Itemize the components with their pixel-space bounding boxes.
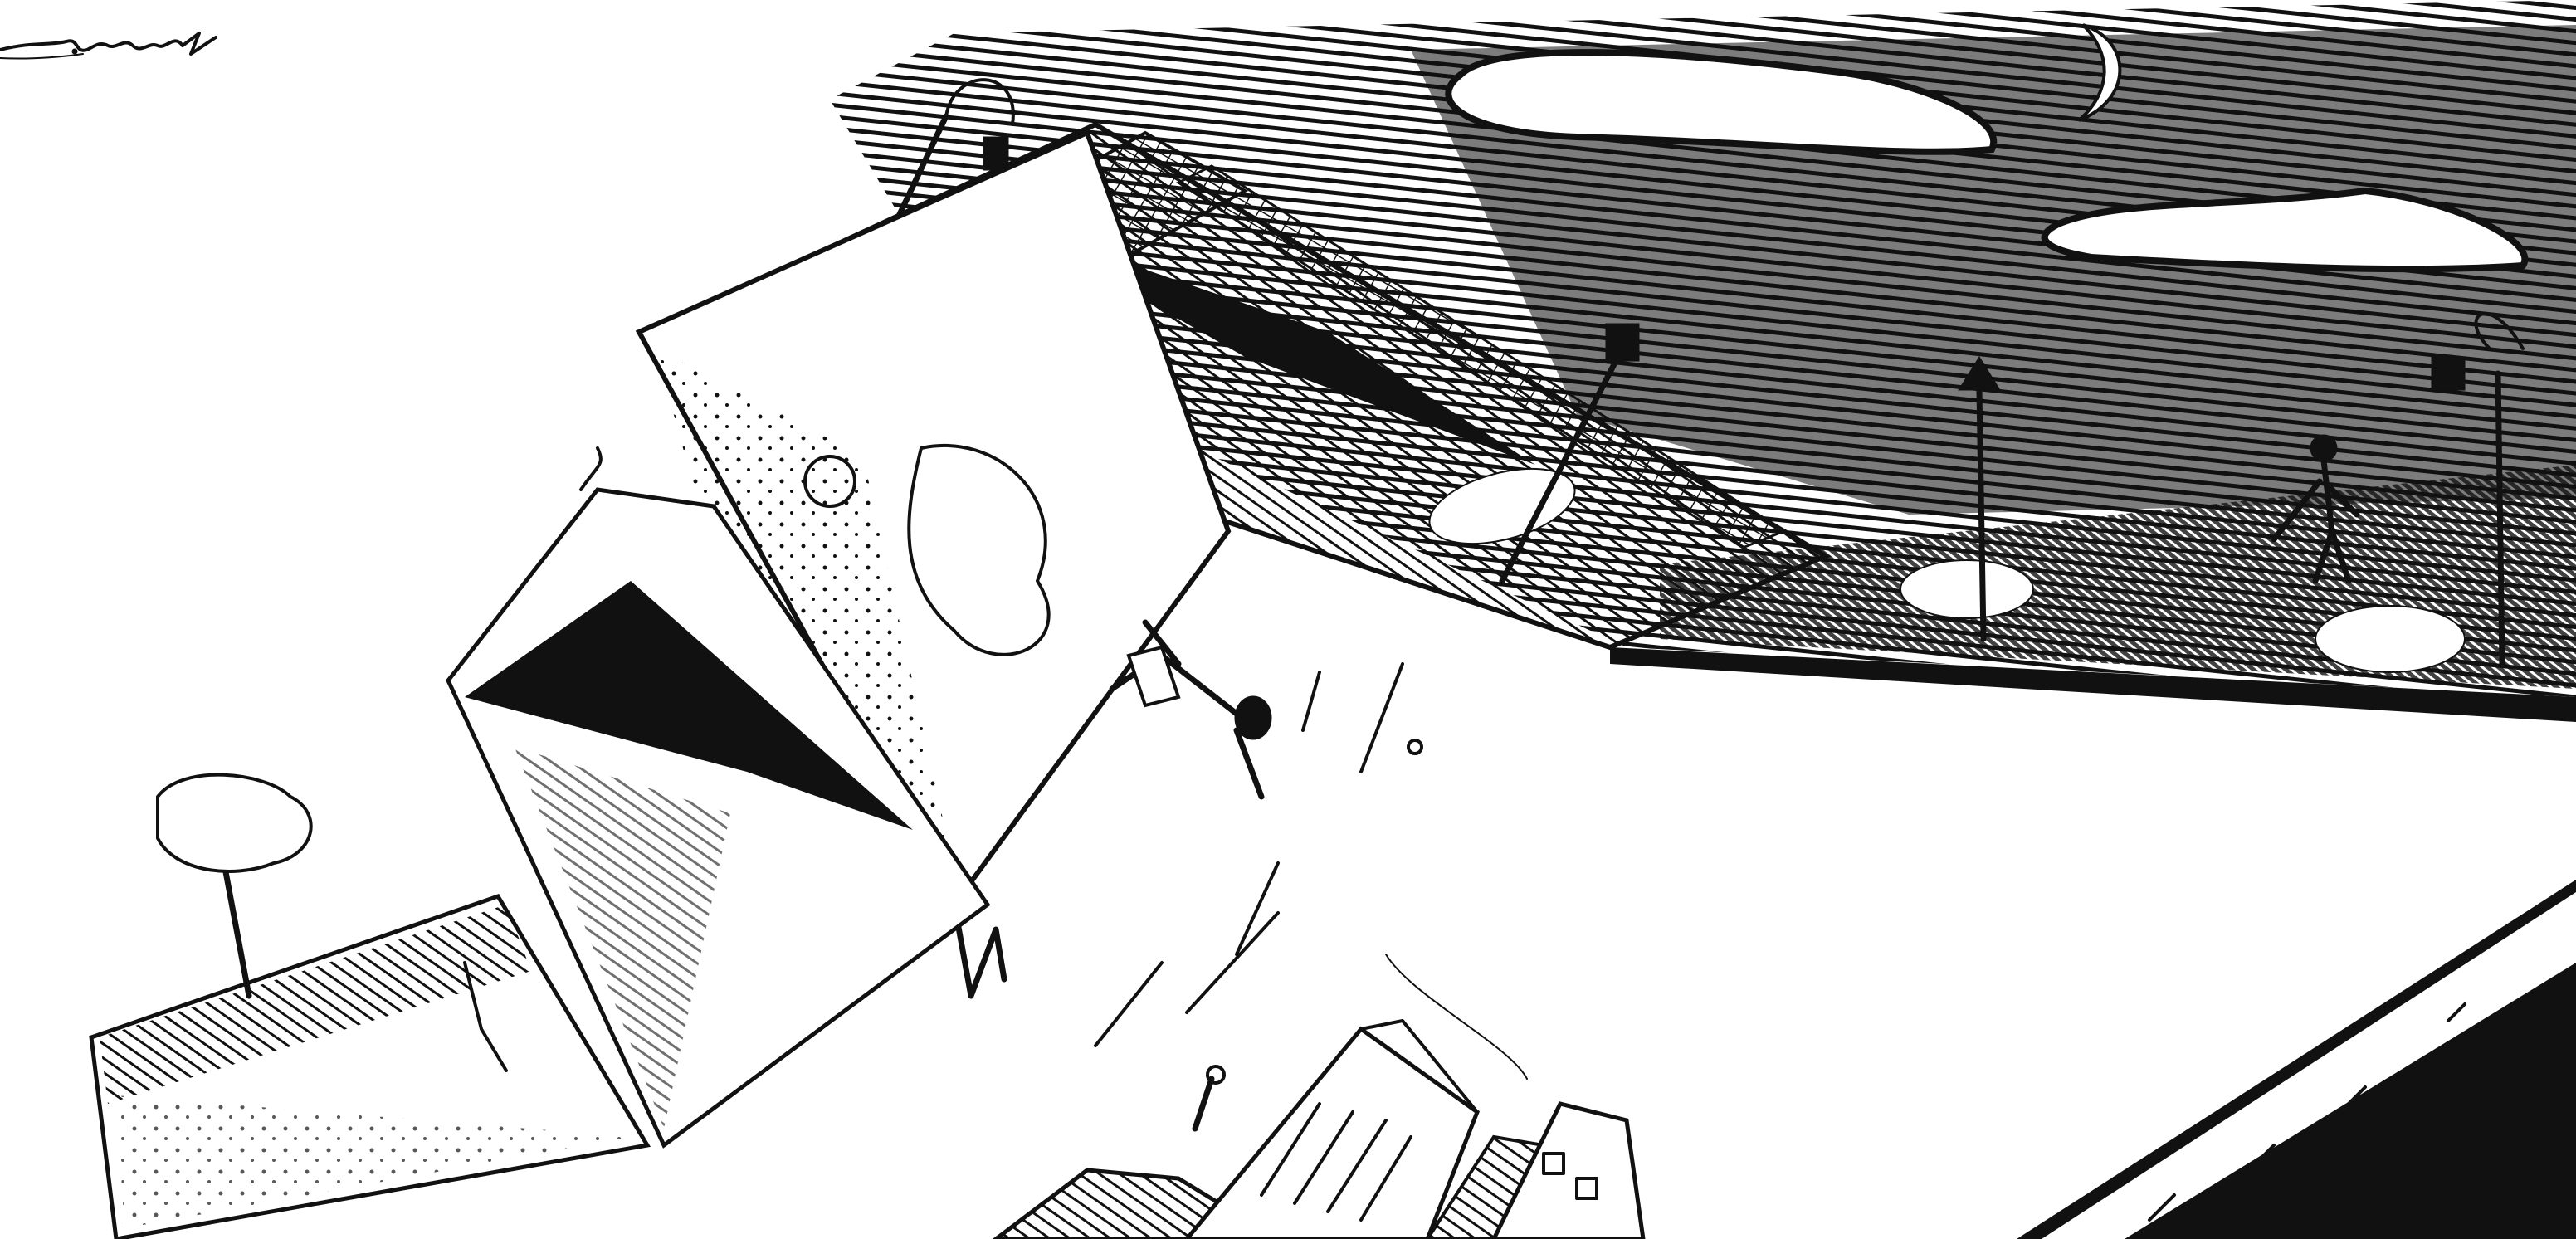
signature — [0, 33, 216, 59]
artwork-canvas — [0, 0, 2576, 1239]
buildings — [996, 954, 1643, 1239]
ink-illustration — [0, 0, 2576, 1239]
dark-slab-bottom-right — [2017, 880, 2576, 1239]
